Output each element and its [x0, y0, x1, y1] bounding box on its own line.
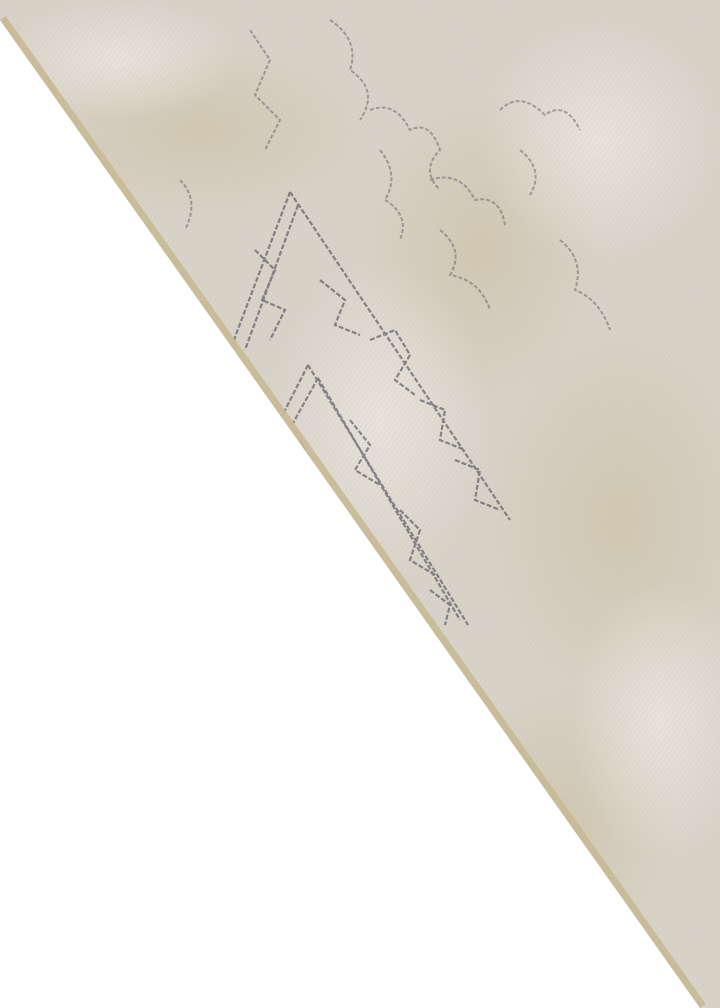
- rug-photo: [0, 0, 720, 1008]
- rug-illustration: [0, 0, 720, 1008]
